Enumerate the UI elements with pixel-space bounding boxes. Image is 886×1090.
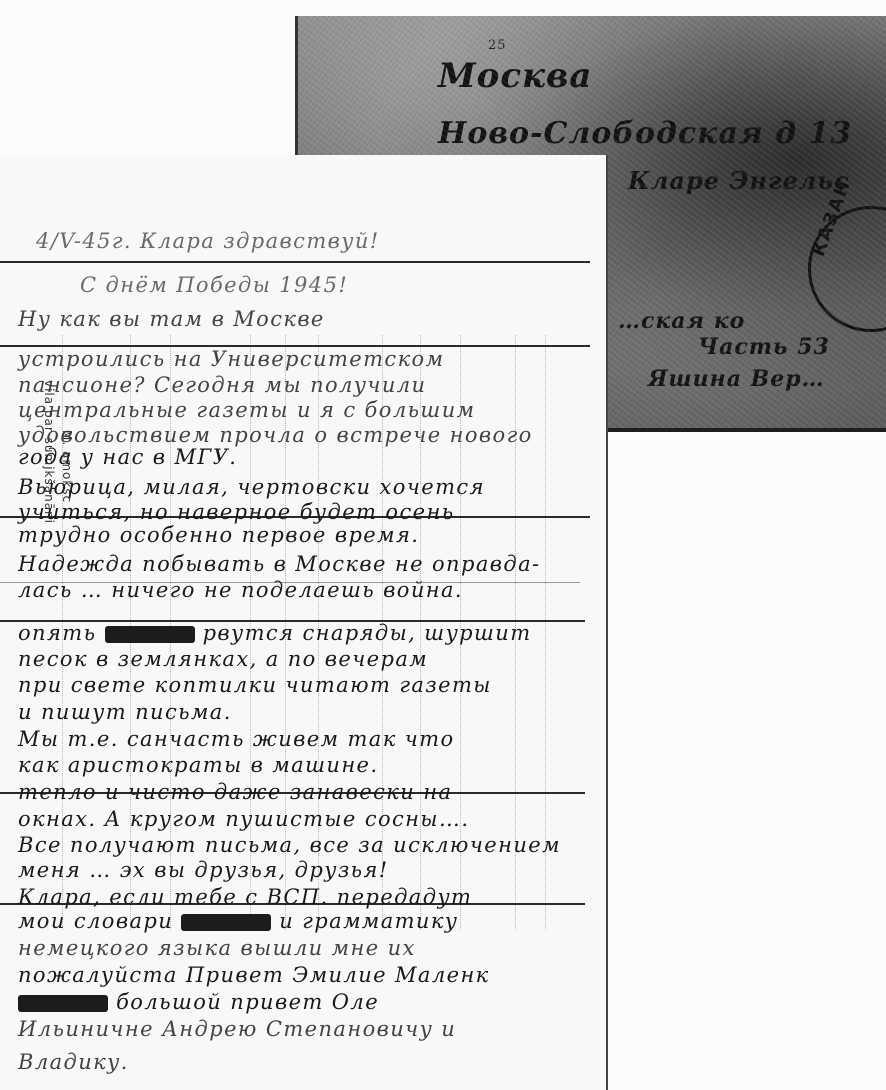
letter-line: 4/V-45г. Клара здравствуй! — [36, 229, 380, 253]
crossed-out-word: x — [18, 995, 108, 1012]
letter-line: тепло и чисто даже занавески на — [18, 780, 452, 804]
letter-line: немецкого языка вышли мне их — [18, 936, 416, 960]
envelope-address-city: Москва — [438, 56, 592, 96]
letter-line: пансионе? Сегодня мы получили — [18, 373, 426, 397]
crossed-out-word: x — [181, 914, 271, 931]
letter-line: С днём Победы 1945! — [80, 273, 348, 297]
envelope-recipient: Кларе Энгельс — [628, 166, 850, 195]
letter-line: удовольствием прочла о встрече нового — [18, 423, 533, 447]
crossed-out-word: x — [105, 626, 195, 643]
page-number: 25 — [488, 38, 507, 53]
letter-line: и пишут письма. — [18, 700, 232, 724]
letter-line: как аристократы в машине. — [18, 753, 378, 777]
letter-line: Надежда побывать в Москве не оправда- — [18, 552, 541, 576]
letter-line: x большой привет Оле — [18, 990, 379, 1014]
letter-line: опять x рвутся снаряды, шуршит — [18, 621, 532, 645]
watermark-text-secondary: M. amoksc — [60, 430, 74, 503]
letter-line: центральные газеты и я с большим — [18, 398, 475, 422]
ruled-line — [0, 261, 590, 263]
letter-line: Ильиничне Андрею Степановичу и — [18, 1017, 456, 1041]
letter-line: трудно особенно первое время. — [18, 523, 419, 547]
envelope-address-street: Ново-Слободская д 13 — [438, 116, 852, 151]
letter-line: лась … ничего не поделаешь война. — [18, 578, 463, 602]
letter-line: устроились на Университетском — [18, 347, 444, 371]
letter-line: Ну как вы там в Москве — [18, 307, 325, 331]
letter-line: при свете коптилки читают газеты — [18, 673, 492, 697]
letter-line: окнах. А кругом пушистые сосны…. — [18, 807, 469, 831]
letter-line: Все получают письма, все за исключением — [18, 833, 561, 857]
letter-line: Мы т.е. санчасть живем так что — [18, 727, 455, 751]
envelope-sender-line-2: Часть 53 — [698, 334, 830, 360]
letter-line: Вьюрица, милая, чертовски хочется — [18, 475, 485, 499]
letter-line: Клара, если тебе с ВСП. передадут — [18, 885, 472, 909]
letter-line: Владику. — [18, 1050, 129, 1074]
letter-page: 4/V-45г. Клара здравствуй!С днём Победы … — [0, 155, 608, 1090]
letter-line: пожалуйста Привет Эмилие Маленк — [18, 963, 490, 987]
letter-line: меня … эх вы друзья, друзья! — [18, 858, 389, 882]
letter-line: мои словари x и грамматику — [18, 909, 458, 933]
letter-line: учиться, но наверное будет осень — [18, 500, 455, 524]
watermark-text: vila par sumjkšanāni — [42, 380, 56, 524]
envelope-sender-line-1: …ская ко — [618, 308, 745, 334]
letter-line: песок в землянках, а по вечерам — [18, 647, 428, 671]
envelope-sender-line-3: Яшина Вер… — [648, 366, 825, 392]
